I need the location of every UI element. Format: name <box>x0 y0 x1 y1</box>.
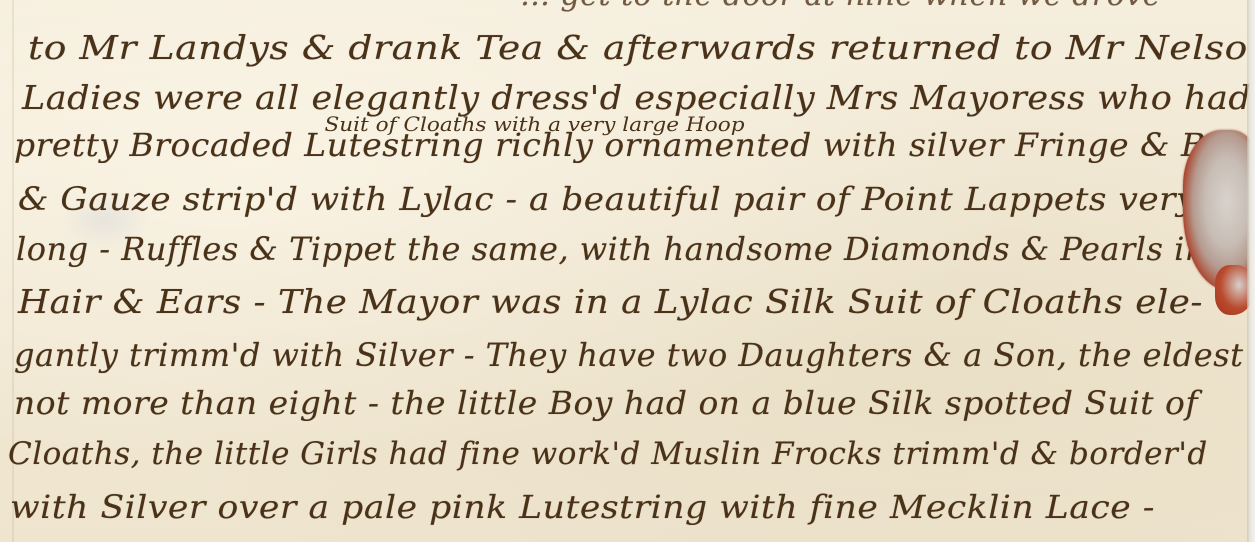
manuscript-line-3: pretty Brocaded Lutestring richly orname… <box>14 126 1255 164</box>
top-partial-line: … get to the door at nine when we drove <box>520 0 1161 13</box>
manuscript-line-4: & Gauze strip'd with Lylac - a beautiful… <box>18 180 1196 218</box>
manuscript-line-1: to Mr Landys & drank Tea & afterwards re… <box>28 28 1255 67</box>
manuscript-page: … get to the door at nine when we drove … <box>0 0 1255 542</box>
manuscript-line-8: not more than eight - the little Boy had… <box>14 384 1198 422</box>
paper-edge-right <box>1247 0 1255 542</box>
manuscript-line-7: gantly trimm'd with Silver - They have t… <box>14 336 1244 374</box>
manuscript-line-5: long - Ruffles & Tippet the same, with h… <box>16 230 1255 268</box>
manuscript-line-6: Hair & Ears - The Mayor was in a Lylac S… <box>18 282 1203 321</box>
manuscript-line-10: with Silver over a pale pink Lutestring … <box>10 488 1155 526</box>
manuscript-line-9: Cloaths, the little Girls had fine work'… <box>8 436 1208 472</box>
